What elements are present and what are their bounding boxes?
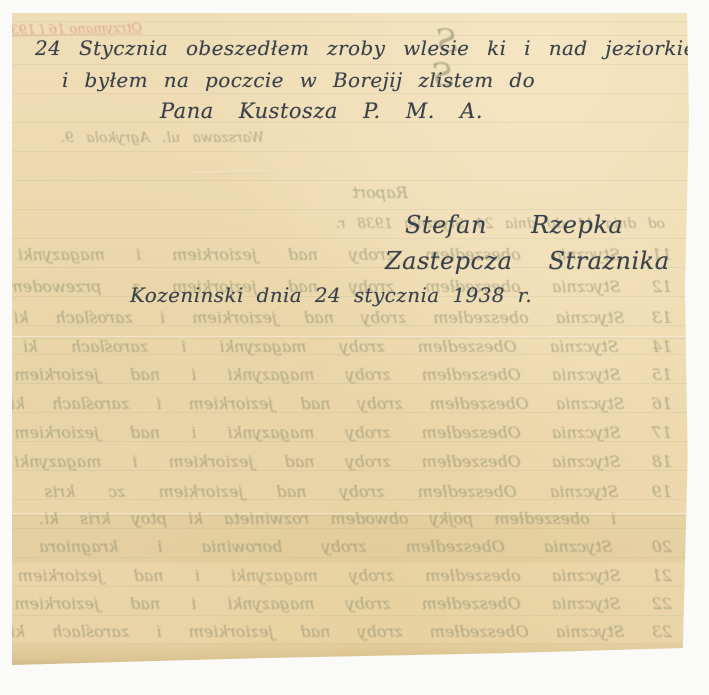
bleedthrough-report-title: Raport xyxy=(318,185,408,201)
handwriting-line-2: i byłem na poczcie w Borejij zlistem do xyxy=(62,70,535,90)
signature-title: Zastepcza Straznika xyxy=(385,249,670,273)
bleedthrough-log-line: 22 Stycznia Obeszedłem zroby magazynki i… xyxy=(30,596,672,612)
paper-bottom-shade xyxy=(12,639,689,665)
bleedthrough-log-line: 13 Stycznia obeszedłem zroby nad jeziork… xyxy=(30,310,672,326)
handwriting-line-3: Pana Kustosza P. M. A. xyxy=(160,101,483,122)
handwriting-line-1: 24 Stycznia obeszedłem zroby wlesie ki i… xyxy=(35,38,709,58)
bleedthrough-address-line: Warszawa ul. Agrykola 9. xyxy=(36,131,264,145)
signature-name: Stefan Rzepka xyxy=(405,213,623,237)
bleedthrough-log-line: 18 Stycznia Obeszedłem zroby nad jeziork… xyxy=(30,454,672,470)
bleedthrough-log-line: 14 Stycznia Obeszedłem zroby magazynki i… xyxy=(30,339,672,355)
scan-background: Otrzymano 16 I 1938 r. S S Warszawa ul. … xyxy=(0,0,709,695)
document-paper: Otrzymano 16 I 1938 r. S S Warszawa ul. … xyxy=(12,13,689,665)
bleedthrough-log-line: 15 Stycznia Obeszedłem zroby magazynki i… xyxy=(30,367,672,383)
bleedthrough-receipt-stamp: Otrzymano 16 I 1938 r. xyxy=(16,22,142,37)
bleedthrough-log-line: 21 Stycznia obeszedłem zroby magazynki i… xyxy=(30,568,672,584)
bleedthrough-log-line: 20 Stycznia Obeszedłem zroby borowinia i… xyxy=(30,539,672,555)
bleedthrough-log-line: 16 Stycznia Obeszedłem zroby nad jeziork… xyxy=(30,396,672,412)
bleedthrough-log-line: 17 Stycznia Obeszedłem zroby magazynki i… xyxy=(30,425,672,441)
bleedthrough-log-line: 19 Stycznia Obeszedłem zroby nad jeziork… xyxy=(30,484,672,500)
crease-line xyxy=(192,170,269,175)
place-date-line: Kozeninski dnia 24 stycznia 1938 r. xyxy=(130,285,532,305)
bleedthrough-log-continuation-line: i obeszedłem pojky obwodem rozwinieta ki… xyxy=(30,511,616,527)
bleedthrough-log-line: 23 Stycznia Obeszedłem zroby nad jeziork… xyxy=(30,624,672,640)
